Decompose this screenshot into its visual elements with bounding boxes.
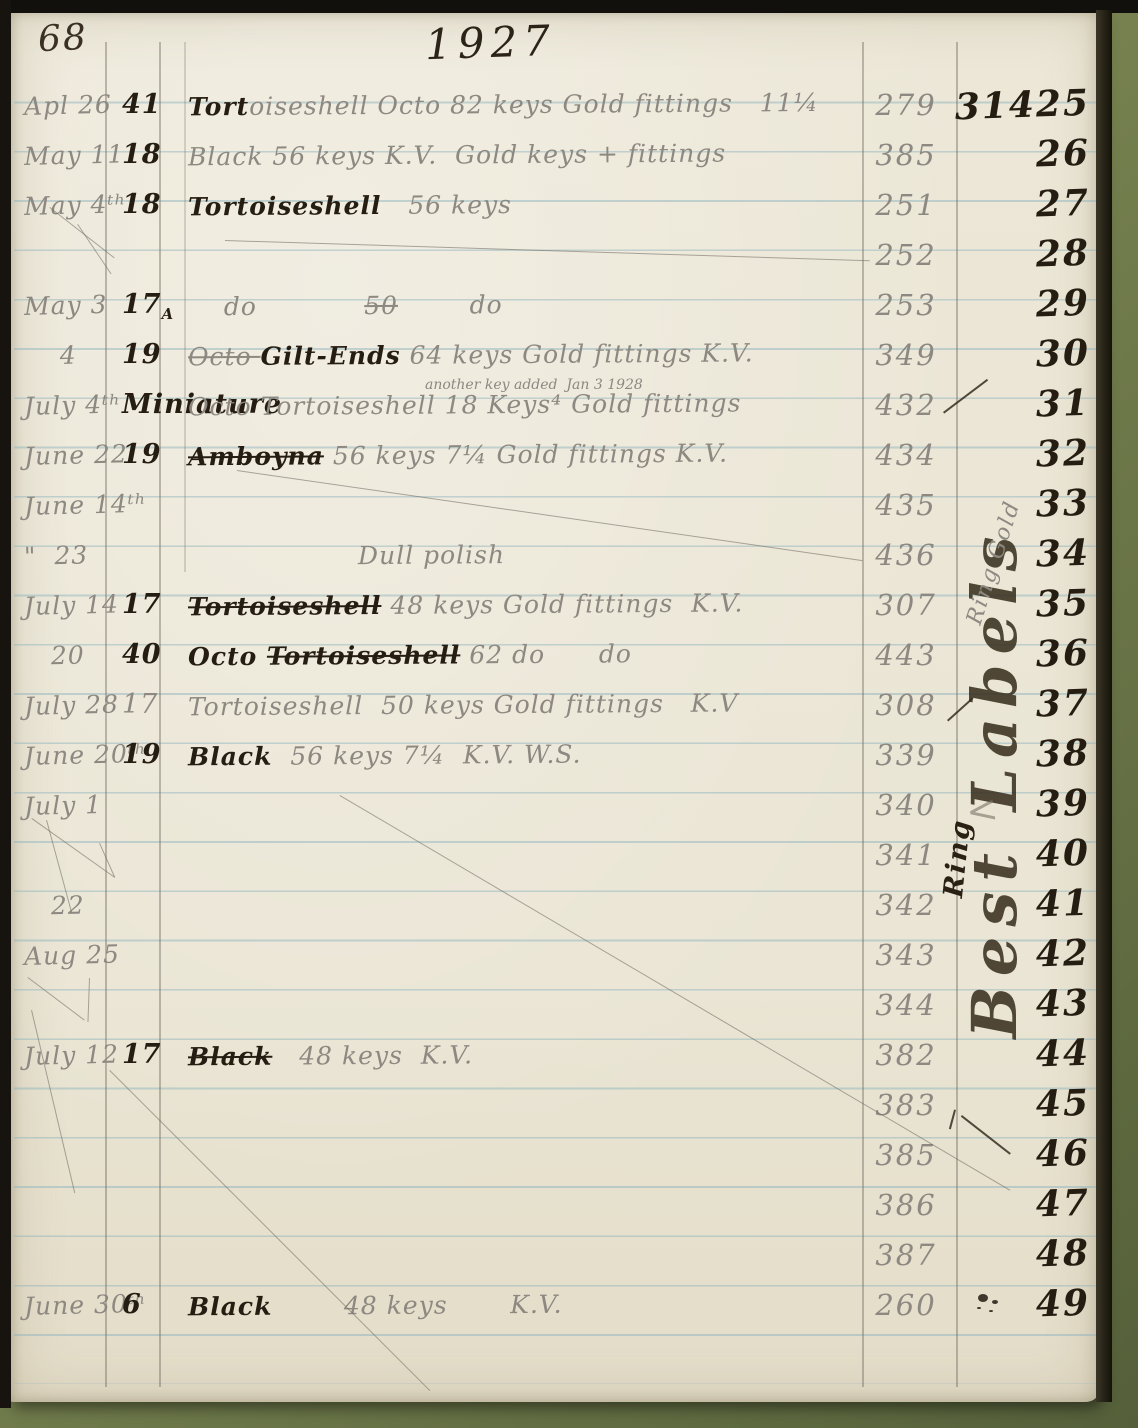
description-cell: Tortoiseshell 56 keys [188,180,853,231]
serial-cell: 443 [860,632,952,678]
serial-cell: 253 [860,282,952,328]
ink-text: Octo [188,642,267,672]
description-cell: Octo Tortoiseshell 62 do do [188,630,853,681]
serial-cell: 339 [860,732,952,778]
ledger-row: 2234241 [10,882,1100,932]
book-edge-top [0,0,1138,13]
ink-text: 18 [122,139,162,170]
ledger-row: 2040Octo Tortoiseshell 62 do do44336 [10,632,1100,682]
serial-cell: 386 [860,1182,952,1228]
year-title: 1927 [424,16,557,70]
pencil-text: 56 keys 7¼ K.V. W.S. [272,740,581,771]
ink-text: Amboyna [188,441,324,471]
ledger-row: May 4ᵗʰ18Tortoiseshell 56 keys25127 [10,182,1100,232]
ink-blot [978,1294,988,1302]
description-cell: Octo Tortoiseshell 18 Keys⁴ Gold fitting… [188,380,853,431]
ink-text: 19 [122,739,162,770]
page-number: 68 [37,17,89,61]
ink-text: Black [188,742,273,772]
ink-text: 6 [122,1289,142,1320]
ink-text: Tortoiseshell [188,591,382,621]
serial-cell: 343 [860,932,952,978]
description-cell: Dull polish [188,530,853,581]
pencil-text: 56 keys [381,190,512,220]
serial-cell: 385 [860,132,952,178]
serial-cell: 260 [860,1282,952,1328]
index-number-cell: 29 [939,279,1105,331]
date-cell: June 14ᵗʰ [23,480,174,530]
pencil-text: do [188,291,364,321]
pencil-text: 56 keys 7¼ Gold fittings K.V. [324,439,728,471]
serial-cell: 252 [860,232,952,278]
date-cell: 22 [23,880,174,930]
serial-cell: 344 [860,982,952,1028]
ledger-row: 25228 [10,232,1100,282]
serial-cell: 340 [860,782,952,828]
pencil-text: 17 [122,689,158,720]
ink-text: 17 [122,289,162,320]
ink-text: 19 [122,439,162,470]
book-edge-left [0,0,11,1408]
date-cell: Aug 25 [23,930,174,980]
ledger-row: June 20ᵗʰ19Black 56 keys 7¼ K.V. W.S.339… [10,732,1100,782]
ink-text: Black [188,1292,273,1322]
index-number-cell: 28 [939,229,1105,281]
description-cell: Black 48 keys K.V. [188,1280,853,1331]
ink-text: Tortoiseshell [267,640,461,670]
serial-cell: 279 [860,82,952,128]
serial-cell: 434 [860,432,952,478]
pencil-text: 50 [364,291,398,320]
pencil-text: 48 keys Gold fittings K.V. [381,588,743,620]
description-cell: Amboyna 56 keys 7¼ Gold fittings K.V. [188,430,853,481]
description-cell: do 50 do [188,280,853,331]
serial-cell: 387 [860,1232,952,1278]
date-cell: " 23 [23,530,174,580]
page-edge-shadow [1096,10,1112,1402]
ledger-row: July 4ᵗʰMiniatureOcto Tortoiseshell 18 K… [10,382,1100,432]
index-number-cell: 48 [939,1229,1105,1281]
ledger-row: 38647 [10,1182,1100,1232]
ink-text: 19 [122,339,162,370]
ink-text: A [162,305,175,323]
pencil-text: Octo Tortoiseshell 18 Keys⁴ Gold fitting… [188,388,742,421]
index-number-cell: 27 [939,179,1105,231]
ink-text: 18 [122,189,162,220]
ledger-row: 38345 [10,1082,1100,1132]
serial-cell: 432 [860,382,952,428]
index-number-cell: 26 [939,129,1105,181]
index-number-cell: 31425 [939,79,1105,131]
ledger-row: July 2817Tortoiseshell 50 keys Gold fitt… [10,682,1100,732]
description-cell: Black 56 keys K.V. Gold keys + fittings [188,130,853,181]
ledger-row: June 30ᵗʰ6Black 48 keys K.V.26049 [10,1282,1100,1332]
ink-text: 17 [122,589,162,620]
chevron-mark: < [963,786,1001,834]
pencil-text: Dull polish [188,540,505,571]
ledger-photo: 68 1927 Apl 2641Tortoiseshell Octo 82 ke… [0,0,1138,1428]
description-cell: Tortoiseshell 50 keys Gold fittings K.V [188,680,853,731]
ink-text: Tortoiseshell [188,191,382,221]
ledger-row: 38546 [10,1132,1100,1182]
pencil-text: Black 56 keys K.V. Gold keys + fittings [188,139,726,172]
serial-cell: 251 [860,182,952,228]
ledger-row: July 134039 [10,782,1100,832]
ledger-row: 419Octo Gilt-Ends 64 keys Gold fittings … [10,332,1100,382]
serial-cell: 307 [860,582,952,628]
pencil-text: 48 keys K.V. [272,1040,473,1070]
ledger-page: 68 1927 Apl 2641Tortoiseshell Octo 82 ke… [10,12,1100,1402]
index-number-cell: 47 [939,1179,1105,1231]
serial-cell: 435 [860,482,952,528]
ledger-row: May 317A do 50 do25329 [10,282,1100,332]
ledger-row: Aug 2534342 [10,932,1100,982]
index-number-cell: 49 [939,1279,1105,1331]
ledger-row: July 1217Black 48 keys K.V.38244 [10,1032,1100,1082]
serial-cell: 385 [860,1132,952,1178]
ink-text: 40 [122,639,162,670]
ink-text: Gilt-Ends [260,341,400,371]
ledger-row: 38748 [10,1232,1100,1282]
pencil-text: Octo [188,342,261,372]
ledger-row: Apl 2641Tortoiseshell Octo 82 keys Gold … [10,82,1100,132]
ink-text: 17 [122,1039,162,1070]
ledger-row: 34140 [10,832,1100,882]
serial-cell: 341 [860,832,952,878]
ink-text: Tort [188,92,249,121]
ink-text: Black [188,1042,273,1072]
ledger-row: 34443 [10,982,1100,1032]
pencil-text: 48 keys K.V. [272,1290,562,1321]
ledger-row: June 14ᵗʰ43533 [10,482,1100,532]
serial-cell: 383 [860,1082,952,1128]
ledger-row: July 1417Tortoiseshell 48 keys Gold fitt… [10,582,1100,632]
description-cell: Tortoiseshell 48 keys Gold fittings K.V. [188,580,853,631]
ledger-row: June 2219Amboyna 56 keys 7¼ Gold fitting… [10,432,1100,482]
ledger-row: May 1118Black 56 keys K.V. Gold keys + f… [10,132,1100,182]
serial-cell: 382 [860,1032,952,1078]
pencil-text: oiseshell Octo 82 keys Gold fittings 11¼ [249,88,819,121]
index-number-cell: 30 [939,329,1105,381]
serial-cell: 436 [860,532,952,578]
pencil-text: Tortoiseshell 50 keys Gold fittings K.V [188,688,739,721]
description-cell: Black 48 keys K.V. [188,1030,853,1081]
description-cell: Tortoiseshell Octo 82 keys Gold fittings… [188,80,853,131]
serial-cell: 308 [860,682,952,728]
pencil-text: 62 do do [460,639,632,669]
ledger-row: " 23 Dull polish43634 [10,532,1100,582]
serial-cell: 349 [860,332,952,378]
pencil-text: do [398,290,503,320]
description-cell: Black 56 keys 7¼ K.V. W.S. [188,730,853,781]
ink-text: 41 [122,89,162,120]
